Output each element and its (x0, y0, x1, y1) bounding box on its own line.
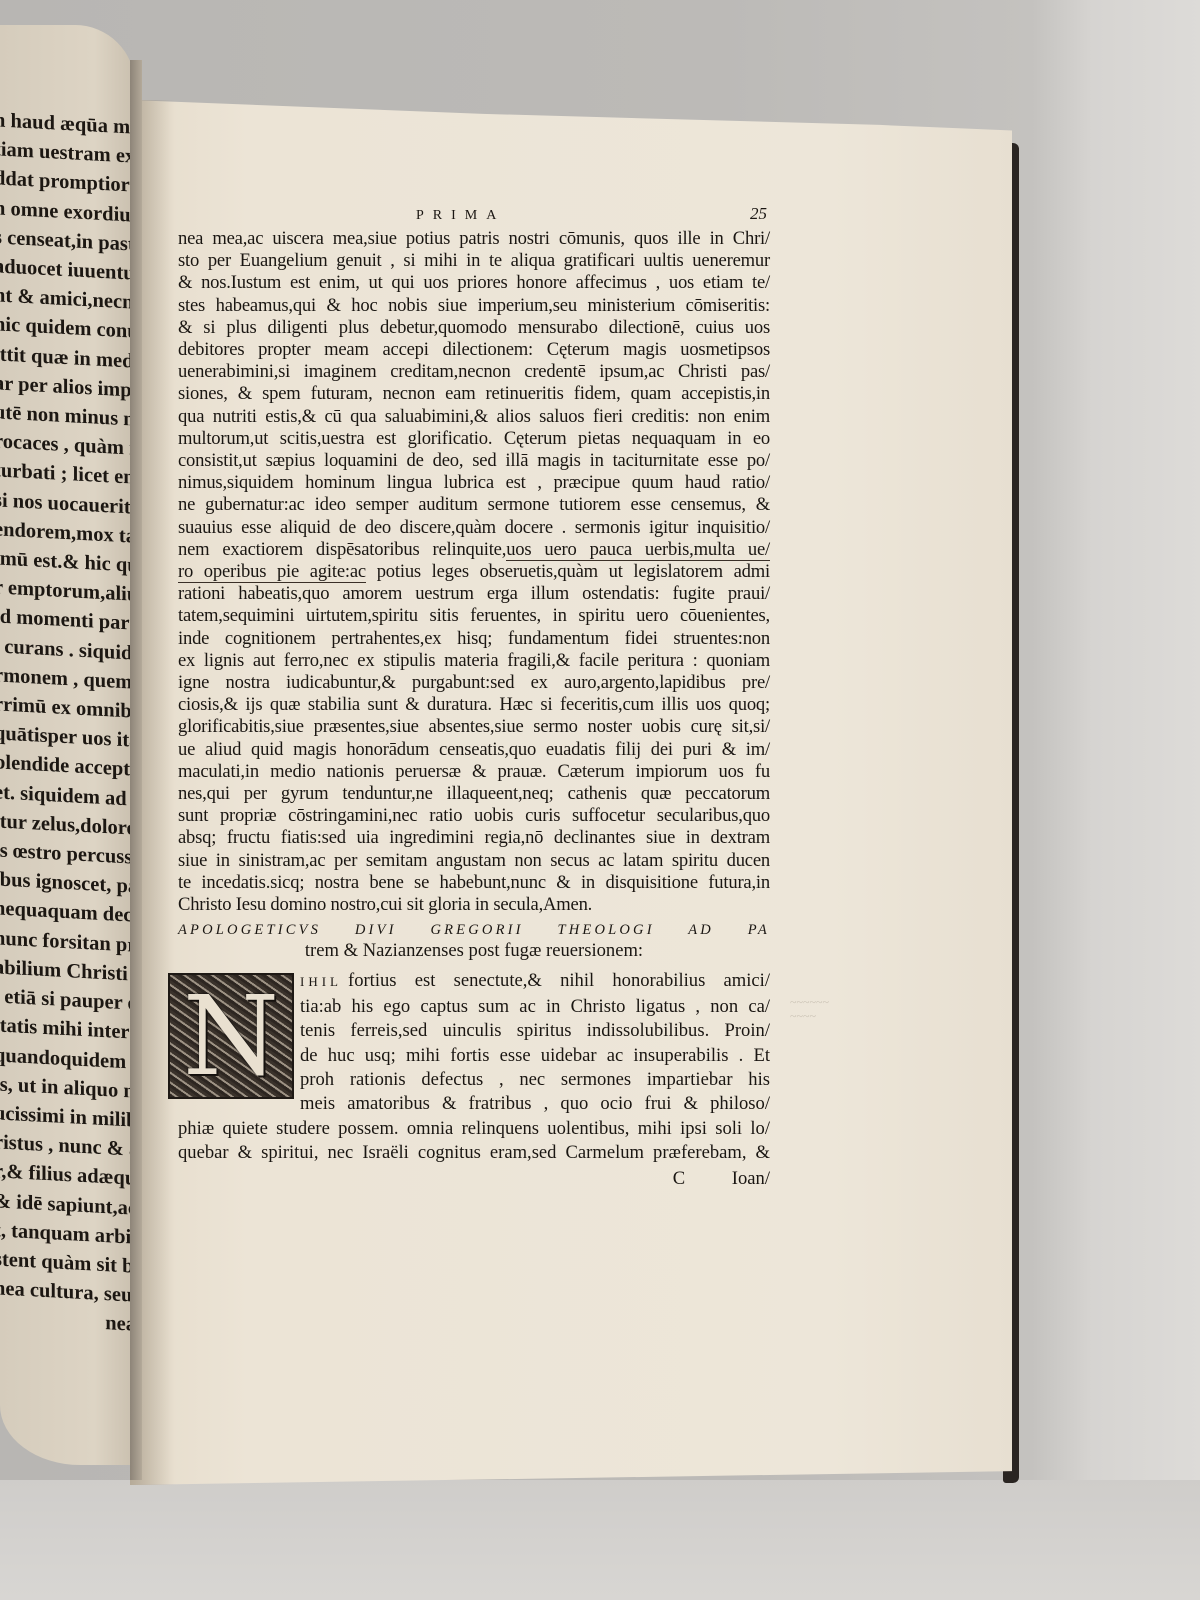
text-line: nimus,siquidem hominum lingua lubrica es… (178, 472, 770, 494)
left-page: n haud æqūa meutiam uestram exhiddat pro… (0, 25, 135, 1465)
text-line: inde cognitionem pertrahentes,ex hisq; f… (178, 628, 770, 650)
text-line: phiæ quiete studere possem. omnia relinq… (178, 1117, 770, 1141)
text-line: tia:ab his ego captus sum ac in Christo … (300, 995, 770, 1019)
text-line: sto per Euangelium genuit , si mihi in t… (178, 250, 770, 272)
text-line: nem exactiorem dispēsatoribus relinquite… (178, 539, 770, 561)
woodcut-initial: N (168, 973, 294, 1099)
running-head: PRIMA 25 (178, 202, 778, 228)
handwritten-underline: ro operibus pie agite:ac (178, 561, 366, 583)
text-line: siones, & spem futuram, necnon eam retin… (178, 383, 770, 405)
initial-lead-caps: IHIL (300, 974, 342, 989)
running-head-title: PRIMA (416, 208, 505, 224)
left-page-edge (130, 60, 142, 1480)
section-heading-continued: trem & Nazianzenses post fugæ reuersione… (178, 939, 770, 963)
text-line: absq; fructu fiatis:sed uia ingredimini … (178, 827, 770, 849)
drop-cap-letter: N (183, 981, 279, 1091)
text-line: te incedatis.sicq; nostra bene se habebu… (178, 872, 770, 894)
text-line: meis amatoribus & fratribus , quo ocio f… (300, 1092, 770, 1116)
text-line: uenerabimini,si imaginem creditam,necnon… (178, 361, 770, 383)
table-surface (0, 1480, 1200, 1600)
signature-catchword-line: C Ioan/ (178, 1166, 770, 1192)
body-text: nea mea,ac uiscera mea,siue potius patri… (178, 228, 778, 916)
text-line: ex lignis aut ferro,nec ex stipulis mate… (178, 650, 770, 672)
text-line: maculati,in medio nationis peruersæ & pr… (178, 761, 770, 783)
text-line: & nos.Iustum est enim, ut qui uos priore… (178, 272, 770, 294)
text-line: ciosis,& ijs quæ stabilia sunt & duratur… (178, 694, 770, 716)
text-line: proh rationis defectus , nec sermones im… (300, 1068, 770, 1092)
text-line: suauius esse aliquid de deo discere,quàm… (178, 517, 770, 539)
text-line: igne nostra iudicabuntur,& purgabunt:sed… (178, 672, 770, 694)
signature-mark: C (673, 1168, 685, 1189)
second-section: N IHILfortius est senectute,& nihil hono… (178, 969, 778, 1165)
left-text-line: nea (0, 1304, 135, 1341)
show-through-text: ~~~~~~~~~~ (790, 995, 880, 1023)
text-line: multorum,ut scitis,uestra est glorificat… (178, 428, 770, 450)
text-line: consistit,ut sæpius loquamini de deo, se… (178, 450, 770, 472)
text-line: nea mea,ac uiscera mea,siue potius patri… (178, 228, 770, 250)
text-line: Christo Iesu domino nostro,cui sit glori… (178, 894, 770, 916)
text-line: nes,qui per gyrum tenduntur,ne illaqueen… (178, 783, 770, 805)
right-page-text-block: PRIMA 25 nea mea,ac uiscera mea,siue pot… (178, 202, 778, 1192)
text-line: tenis ferreis,sed uinculis spiritus indi… (300, 1019, 770, 1043)
handwritten-underline: uos uero pauca uerbis,multa ue/ (506, 539, 770, 561)
text-line: stes habeamus,qui & hoc nobis siue imper… (178, 295, 770, 317)
catchword: Ioan/ (732, 1168, 770, 1189)
text-line: ue aliud quid magis honorādum censeatis,… (178, 739, 770, 761)
text-line: & si plus diligenti plus debetur,quomodo… (178, 317, 770, 339)
text-line: sunt propriæ cōstringamini,nec ratio uob… (178, 805, 770, 827)
text-line: rationi habeatis,quo amorem uestrum erga… (178, 583, 770, 605)
text-line: qua nutriti estis,& cū qua saluabimini,&… (178, 406, 770, 428)
text-line: quebar & spiritui, nec Israëli cognitus … (178, 1141, 770, 1165)
text-line: IHILfortius est senectute,& nihil honora… (300, 969, 770, 994)
section-heading: APOLOGETICVS DIVI GREGORII THEOLOGI AD P… (178, 922, 770, 939)
text-line: de huc usq; mihi fortis esse uidebar ac … (300, 1044, 770, 1068)
text-line: siue in sinistram,ac per semitam angusta… (178, 850, 770, 872)
page-number: 25 (750, 204, 767, 224)
text-line: debitores propter meam accepi dilectione… (178, 339, 770, 361)
text-line: ne gubernatur:ac ideo semper auditum ser… (178, 494, 770, 516)
text-line: ro operibus pie agite:ac potius leges ob… (178, 561, 770, 583)
text-line: glorificabitis,siue præsentes,siue absen… (178, 716, 770, 738)
left-page-text: n haud æqūa meutiam uestram exhiddat pro… (0, 106, 135, 1340)
text-line: tatem,sequimini uirtutem,spiritu sitis f… (178, 605, 770, 627)
